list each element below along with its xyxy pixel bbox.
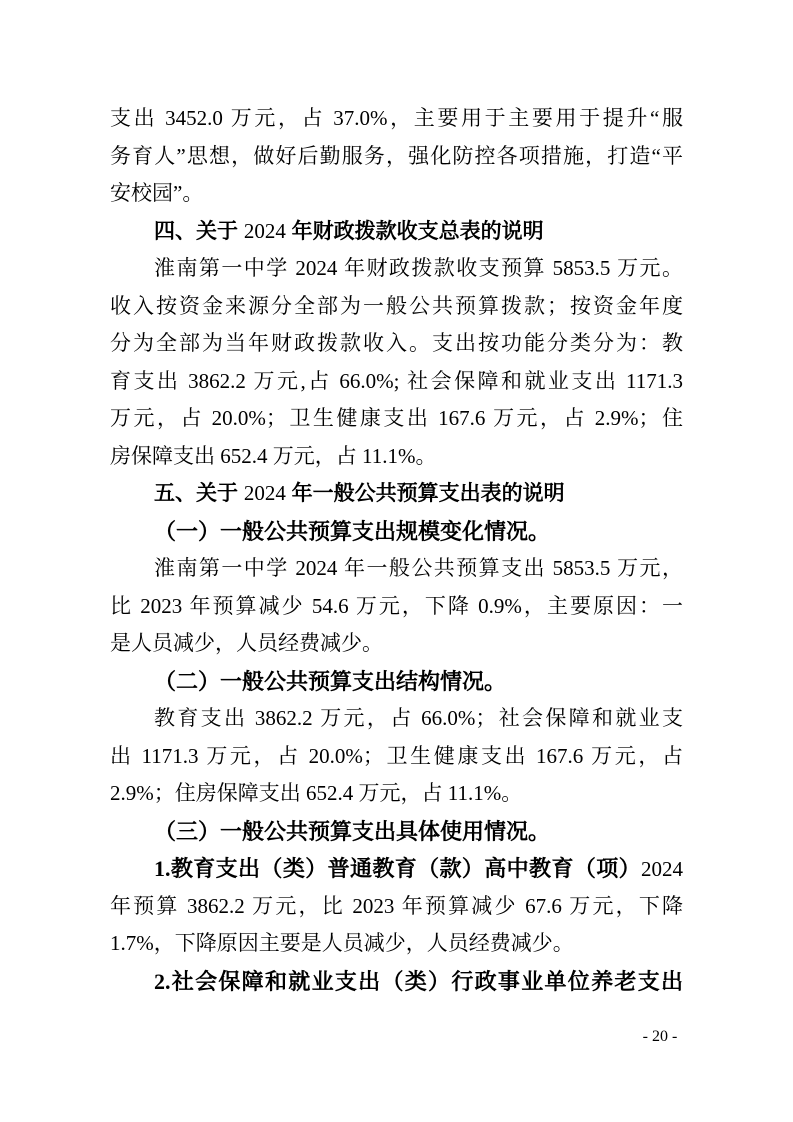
text-segment: 四、关于 [154, 220, 244, 243]
paragraph-line: 淮南第一中学 2024 年一般公共预算支出 5853.5 万元， [110, 550, 683, 588]
paragraph-line: 万元，占 20.0%；卫生健康支出 167.6 万元，占 2.9%；住 [110, 400, 683, 438]
numbered-item-line: 1.教育支出（类）普通教育（款）高中教育（项）2024 [110, 850, 683, 888]
text-segment: 出 1171.3 万元，占 20.0%；卫生健康支出 167.6 万元，占 [110, 744, 683, 768]
numbered-item-line: 2.社会保障和就业支出（类）行政事业单位养老支出 [110, 963, 683, 1001]
text-segment: 年财政拨款收支总表的说明 [286, 220, 544, 243]
subsection-heading: （三）一般公共预算支出具体使用情况。 [110, 813, 683, 851]
paragraph-line: 2.9%；住房保障支出 652.4 万元，占 11.1%。 [110, 775, 683, 813]
text-segment: 2024 [641, 857, 683, 881]
paragraph-line: 教育支出 3862.2 万元，占 66.0%；社会保障和就业支 [110, 700, 683, 738]
text-segment: 年预算 3862.2 万元，比 2023 年预算减少 67.6 万元，下降 [110, 894, 683, 918]
text-segment: 万元，占 20.0%；卫生健康支出 167.6 万元，占 2.9%；住 [110, 406, 683, 430]
paragraph-line: 收入按资金来源分全部为一般公共预算拨款；按资金年度 [110, 288, 683, 326]
text-segment: 教育支出 3862.2 万元，占 66.0%；社会保障和就业支 [154, 706, 683, 730]
text-segment: 是人员减少，人员经费减少。 [110, 631, 383, 655]
subsection-heading: （一）一般公共预算支出规模变化情况。 [110, 513, 683, 551]
text-segment: 房保障支出 652.4 万元，占 11.1%。 [110, 444, 436, 468]
text-segment: 淮南第一中学 2024 年一般公共预算支出 5853.5 万元， [154, 556, 683, 580]
paragraph-line: 是人员减少，人员经费减少。 [110, 625, 683, 663]
section-heading: 五、关于 2024 年一般公共预算支出表的说明 [110, 475, 683, 513]
text-segment: 1.教育支出（类）普通教育（款）高中教育（项） [154, 856, 641, 881]
text-segment: （一）一般公共预算支出规模变化情况。 [154, 519, 550, 544]
text-segment: 育支出 3862.2 万元,占 66.0%; 社会保障和就业支出 1171.3 [110, 369, 683, 393]
text-segment: 2024 [244, 219, 286, 243]
text-segment: 安校园”。 [110, 181, 203, 205]
subsection-heading: （二）一般公共预算支出结构情况。 [110, 663, 683, 701]
text-segment: 年一般公共预算支出表的说明 [286, 482, 565, 505]
text-segment: 比 2023 年预算减少 54.6 万元，下降 0.9%，主要原因：一 [110, 594, 683, 618]
paragraph-line: 育支出 3862.2 万元,占 66.0%; 社会保障和就业支出 1171.3 [110, 363, 683, 401]
paragraph-line: 淮南第一中学 2024 年财政拨款收支预算 5853.5 万元。 [110, 250, 683, 288]
paragraph-line: 年预算 3862.2 万元，比 2023 年预算减少 67.6 万元，下降 [110, 888, 683, 926]
text-segment: 淮南第一中学 2024 年财政拨款收支预算 5853.5 万元。 [154, 256, 683, 280]
text-segment: 五、关于 [154, 482, 244, 505]
text-segment: 2.9%；住房保障支出 652.4 万元，占 11.1%。 [110, 781, 522, 805]
text-segment: 1.7%，下降原因主要是人员减少，人员经费减少。 [110, 931, 574, 955]
paragraph-line: 1.7%，下降原因主要是人员减少，人员经费减少。 [110, 925, 683, 963]
text-segment: （三）一般公共预算支出具体使用情况。 [154, 819, 550, 844]
document-page: 支出 3452.0 万元，占 37.0%，主要用于主要用于提升“服务育人”思想，… [0, 0, 793, 1122]
text-segment: 收入按资金来源分全部为一般公共预算拨款；按资金年度 [110, 294, 683, 318]
page-number: - 20 - [615, 1024, 705, 1050]
text-segment: 分为全部为当年财政拨款收入。支出按功能分类分为：教 [110, 331, 683, 355]
paragraph-line: 支出 3452.0 万元，占 37.0%，主要用于主要用于提升“服 [110, 100, 683, 138]
paragraph-line: 比 2023 年预算减少 54.6 万元，下降 0.9%，主要原因：一 [110, 588, 683, 626]
document-text: 支出 3452.0 万元，占 37.0%，主要用于主要用于提升“服务育人”思想，… [110, 100, 683, 1000]
paragraph-line: 安校园”。 [110, 175, 683, 213]
section-heading: 四、关于 2024 年财政拨款收支总表的说明 [110, 213, 683, 251]
paragraph-line: 房保障支出 652.4 万元，占 11.1%。 [110, 438, 683, 476]
paragraph-line: 分为全部为当年财政拨款收入。支出按功能分类分为：教 [110, 325, 683, 363]
text-segment: 支出 3452.0 万元，占 37.0%，主要用于主要用于提升“服 [110, 106, 683, 130]
paragraph-line: 出 1171.3 万元，占 20.0%；卫生健康支出 167.6 万元，占 [110, 738, 683, 776]
text-segment: 务育人”思想，做好后勤服务，强化防控各项措施，打造“平 [110, 144, 683, 168]
text-segment: 2.社会保障和就业支出（类）行政事业单位养老支出 [154, 969, 683, 994]
paragraph-line: 务育人”思想，做好后勤服务，强化防控各项措施，打造“平 [110, 138, 683, 176]
text-segment: （二）一般公共预算支出结构情况。 [154, 669, 506, 694]
text-segment: 2024 [244, 481, 286, 505]
